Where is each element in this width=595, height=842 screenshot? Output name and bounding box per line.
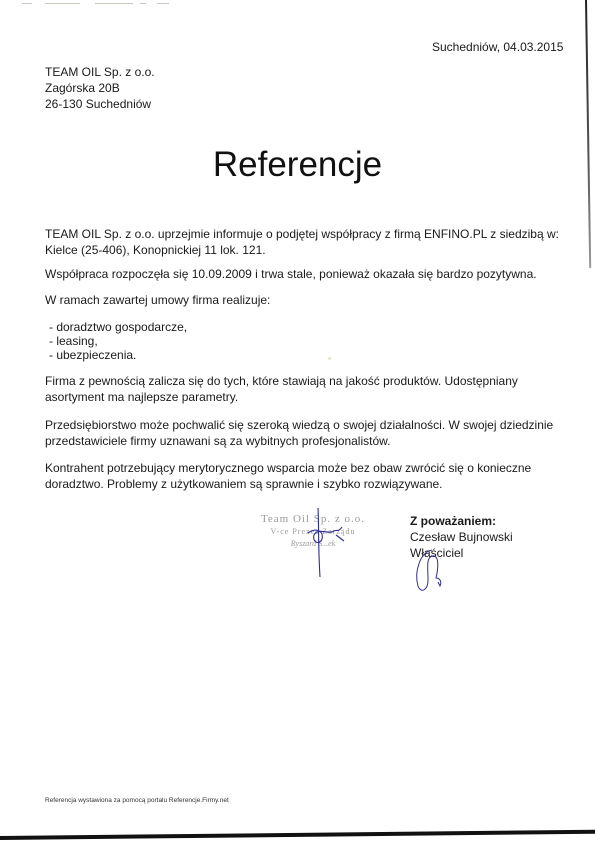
sender-city: 26-130 Suchedniów	[45, 96, 155, 112]
paragraph-quality: Firma z pewnością zalicza się do tych, k…	[45, 373, 560, 405]
document-page: Suchedniów, 04.03.2015 TEAM OIL Sp. z o.…	[0, 0, 595, 842]
paragraph-support: Kontrahent potrzebujący merytorycznego w…	[45, 460, 560, 492]
date-line: Suchedniów, 04.03.2015	[432, 39, 563, 55]
paragraph-intro: TEAM OIL Sp. z o.o. uprzejmie informuje …	[45, 226, 560, 258]
closing-greeting: Z poważaniem:	[410, 513, 513, 529]
paragraph-cooperation: Współpraca rozpoczęła się 10.09.2009 i t…	[45, 266, 560, 282]
signatory-name: Czesław Bujnowski	[410, 529, 513, 545]
scan-artifact-top	[0, 3, 180, 5]
scan-artifact-bottom-edge	[0, 830, 595, 840]
paragraph-scope: W ramach zawartej umowy firma realizuje:	[45, 292, 560, 308]
list-item: - leasing,	[49, 334, 564, 348]
sender-street: Zagórska 20B	[45, 80, 155, 96]
scan-speck	[328, 357, 331, 360]
paragraph-knowledge: Przedsiębiorstwo może pochwalić się szer…	[45, 417, 560, 449]
footer-note: Referencja wystawiona za pomocą portalu …	[45, 797, 229, 804]
services-list: - doradztwo gospodarcze, - leasing, - ub…	[49, 320, 564, 362]
list-item: - doradztwo gospodarcze,	[49, 320, 564, 334]
stamp-signature-icon	[300, 505, 360, 585]
handwritten-signature-icon	[412, 548, 452, 596]
scan-artifact-right-edge	[585, 0, 591, 268]
sender-address: TEAM OIL Sp. z o.o. Zagórska 20B 26-130 …	[45, 64, 155, 112]
document-title: Referencje	[0, 145, 595, 185]
sender-company: TEAM OIL Sp. z o.o.	[45, 64, 155, 80]
list-item: - ubezpieczenia.	[49, 348, 564, 362]
